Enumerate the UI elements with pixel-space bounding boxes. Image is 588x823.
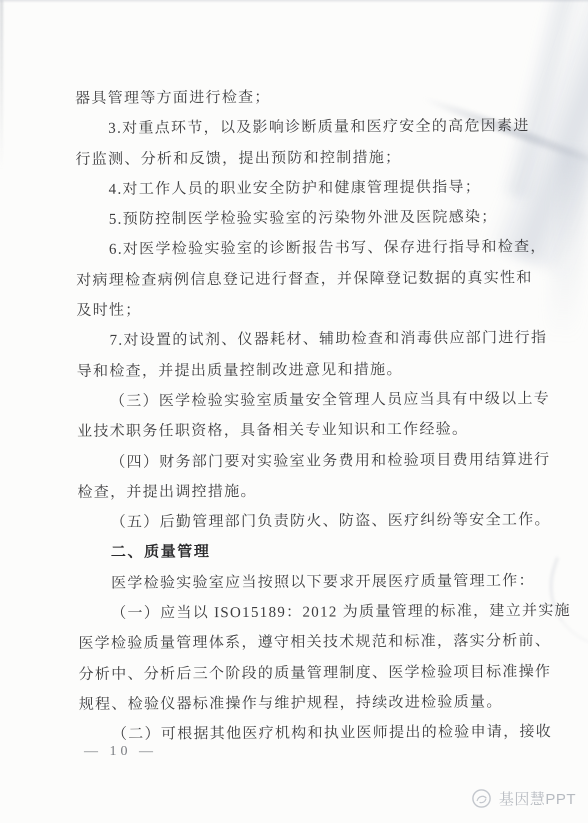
doc-line: （五）后勤管理部门负责防火、防盗、医疗纠纷等安全工作。 bbox=[78, 505, 546, 538]
doc-line: 导和检查，并提出质量控制改进意见和措施。 bbox=[77, 354, 545, 387]
doc-line: 6.对医学检验实验室的诊断报告书写、保存进行指导和检查， bbox=[76, 233, 544, 266]
doc-line: 器具管理等方面进行检查； bbox=[75, 81, 543, 114]
doc-line: 7.对设置的试剂、仪器耗材、辅助检查和消毒供应部门进行指 bbox=[76, 324, 544, 357]
doc-line: 分析中、分析后三个阶段的质量管理制度、医学检验项目标准操作 bbox=[79, 657, 547, 690]
swirl-logo-icon bbox=[471, 788, 492, 809]
doc-line: 业技术职务任职资格，具备相关专业知识和工作经验。 bbox=[77, 414, 545, 447]
scan-shadow-left-edge bbox=[0, 0, 3, 170]
page-number: — 10 — bbox=[84, 744, 157, 760]
doc-line: 5.预防控制医学检验实验室的污染物外泄及医院感染； bbox=[76, 202, 544, 235]
doc-line: （四）财务部门要对实验室业务费用和检验项目费用结算进行 bbox=[77, 445, 545, 478]
scan-shadow-top-edge bbox=[0, 0, 588, 3]
watermark: 基因慧PPT bbox=[471, 788, 576, 809]
doc-line: 对病理检查病例信息登记进行督查，并保障登记数据的真实性和 bbox=[76, 263, 544, 296]
doc-line: 医学检验实验室应当按照以下要求开展医疗质量管理工作： bbox=[78, 566, 546, 599]
doc-line: 检查，并提出调控措施。 bbox=[77, 475, 545, 508]
doc-line: 规程、检验仪器标准操作与维护规程，持续改进检验质量。 bbox=[79, 687, 547, 720]
doc-line: 行监测、分析和反馈，提出预防和控制措施； bbox=[75, 142, 543, 175]
doc-line: 3.对重点环节，以及影响诊断质量和医疗安全的高危因素进 bbox=[75, 111, 543, 144]
doc-line: 4.对工作人员的职业安全防护和健康管理提供指导； bbox=[76, 172, 544, 205]
document-body: 器具管理等方面进行检查； 3.对重点环节，以及影响诊断质量和医疗安全的高危因素进… bbox=[75, 81, 547, 750]
doc-line: （三）医学检验实验室质量安全管理人员应当具有中级以上专 bbox=[77, 384, 545, 417]
section-heading: 二、质量管理 bbox=[78, 536, 546, 569]
scan-shadow-right-edge bbox=[546, 149, 588, 341]
doc-line: （一）应当以 ISO15189：2012 为质量管理的标准，建立并实施 bbox=[78, 596, 546, 629]
scanned-document-page: 器具管理等方面进行检查； 3.对重点环节，以及影响诊断质量和医疗安全的高危因素进… bbox=[0, 0, 588, 823]
doc-line: 及时性； bbox=[76, 293, 544, 326]
watermark-label: 基因慧PPT bbox=[499, 788, 576, 809]
doc-line: 医学检验质量管理体系，遵守相关技术规范和标准，落实分析前、 bbox=[78, 626, 546, 659]
